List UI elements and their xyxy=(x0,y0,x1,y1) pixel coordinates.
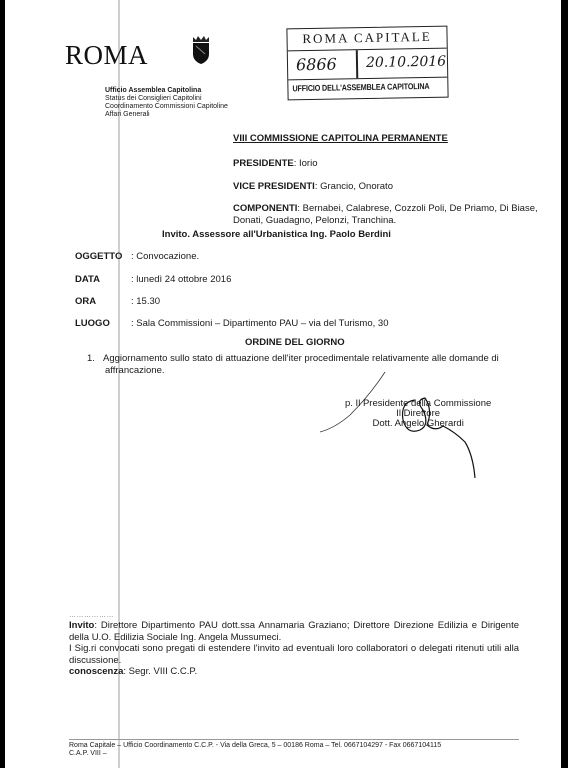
presidente-value: : Iorio xyxy=(294,158,318,169)
office-line: Status dei Consiglieri Capitolini xyxy=(105,95,228,103)
agenda-item-number: 1. xyxy=(87,353,103,365)
extend-note: I Sig.ri convocati sono pregati di esten… xyxy=(69,643,519,666)
componenti-value-cont: Donati, Guadagno, Pelonzi, Tranchina. xyxy=(233,215,538,227)
footer-line: C.A.P. VIII – xyxy=(69,750,441,758)
field-label-ora: ORA xyxy=(75,296,96,307)
field-label-oggetto: OGGETTO xyxy=(75,251,122,262)
office-line: Affari Generali xyxy=(105,111,228,119)
presidente-line: PRESIDENTE: Iorio xyxy=(233,158,317,169)
separator-dots: ……………… xyxy=(69,612,114,619)
field-value-oggetto: : Convocazione. xyxy=(131,251,199,262)
office-block: Ufficio Assemblea Capitolina Status dei … xyxy=(105,87,228,119)
field-value-ora: : 15.30 xyxy=(131,296,160,307)
componenti-label: COMPONENTI xyxy=(233,203,297,214)
roma-logo: ROMA xyxy=(65,40,148,71)
conoscenza-text: : Segr. VIII C.C.P. xyxy=(123,666,197,677)
roma-emblem-icon xyxy=(190,34,212,64)
signature-block: p. Il Presidente della Commissione Il Di… xyxy=(345,399,491,429)
vice-value: : Grancio, Onorato xyxy=(315,181,393,192)
field-label-luogo: LUOGO xyxy=(75,318,110,329)
notes-block: Invito: Direttore Dipartimento PAU dott.… xyxy=(69,620,519,678)
conoscenza-label: conoscenza xyxy=(69,666,123,677)
field-label-data: DATA xyxy=(75,274,100,285)
vice-presidenti-line: VICE PRESIDENTI: Grancio, Onorato xyxy=(233,181,393,192)
field-value-luogo: : Sala Commissioni – Dipartimento PAU – … xyxy=(131,318,388,329)
stamp-protocol-number: 6866 xyxy=(296,55,337,75)
invito-label: Invito xyxy=(69,620,94,631)
invito-note: Invito: Direttore Dipartimento PAU dott.… xyxy=(69,620,519,643)
invito-assessore: Invito. Assessore all'Urbanistica Ing. P… xyxy=(162,229,391,240)
stamp-date: 20.10.2016 xyxy=(366,54,446,71)
signature-line: Dott. Angelo Gherardi xyxy=(345,419,491,429)
stamp-office: UFFICIO DELL'ASSEMBLEA CAPITOLINA xyxy=(292,81,429,93)
commission-title: VIII COMMISSIONE CAPITOLINA PERMANENTE xyxy=(233,133,448,144)
office-name: Ufficio Assemblea Capitolina xyxy=(105,87,228,95)
agenda-item-text: Aggiornamento sullo stato di attuazione … xyxy=(103,353,499,364)
vice-label: VICE PRESIDENTI xyxy=(233,181,315,192)
agenda-title: ORDINE DEL GIORNO xyxy=(245,337,345,348)
stamp-title: ROMA CAPITALE xyxy=(287,29,446,48)
presidente-label: PRESIDENTE xyxy=(233,158,294,169)
document-page: ROMA Ufficio Assemblea Capitolina Status… xyxy=(5,0,561,768)
footer-address: Roma Capitale – Ufficio Coordinamento C.… xyxy=(69,742,441,758)
invito-text: : Direttore Dipartimento PAU dott.ssa An… xyxy=(69,620,519,643)
office-line: Coordinamento Commissioni Capitoline xyxy=(105,103,228,111)
componenti-value: : Bernabei, Calabrese, Cozzoli Poli, De … xyxy=(297,203,537,214)
conoscenza-note: conoscenza: Segr. VIII C.C.P. xyxy=(69,666,519,678)
componenti-line: COMPONENTI: Bernabei, Calabrese, Cozzoli… xyxy=(233,203,538,227)
protocol-stamp: ROMA CAPITALE 6866 20.10.2016 UFFICIO DE… xyxy=(286,26,448,101)
footer-rule xyxy=(69,739,519,740)
field-value-data: : lunedì 24 ottobre 2016 xyxy=(131,274,231,285)
footer-line: Roma Capitale – Ufficio Coordinamento C.… xyxy=(69,742,441,750)
